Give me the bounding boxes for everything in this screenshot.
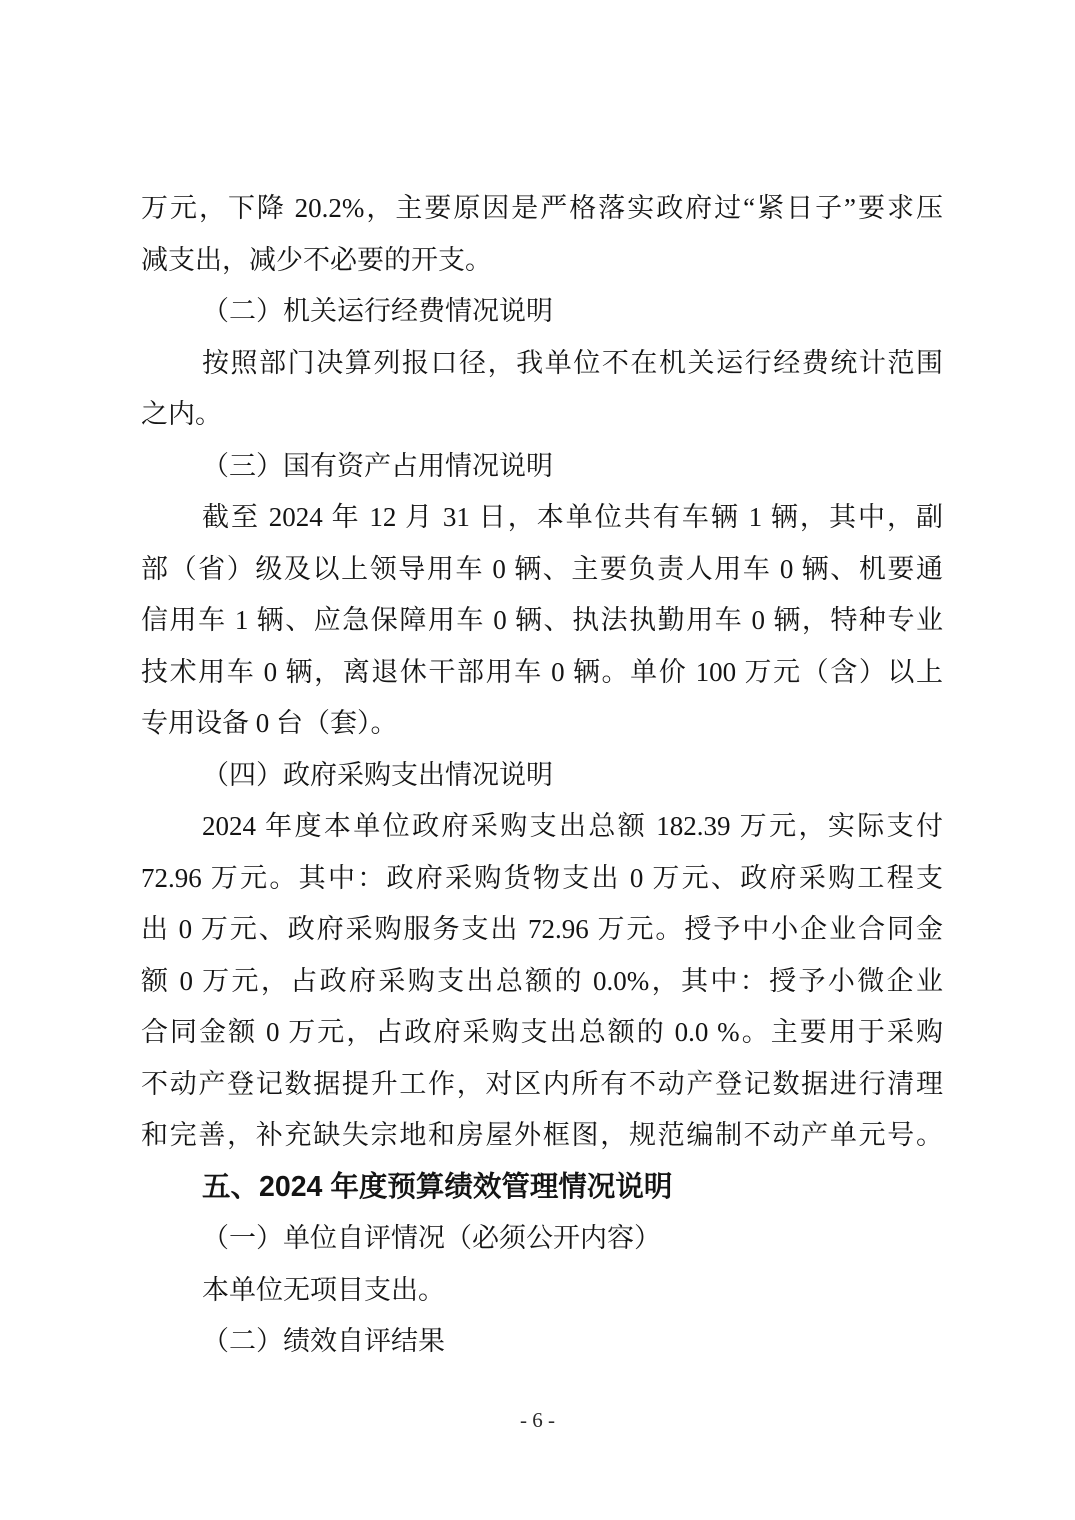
text-line: 额 0 万元，占政府采购支出总额的 0.0%，其中：授予小微企业 [141,956,943,1008]
text-line: （一）单位自评情况（必须公开内容） [141,1213,943,1265]
text-line: 五、2024 年度预算绩效管理情况说明 [141,1162,943,1214]
text-line: （二）绩效自评结果 [141,1316,943,1368]
text-line: 本单位无项目支出。 [141,1265,943,1317]
document-page: 万元，下降 20.2%，主要原因是严格落实政府过“紧日子”要求压减支出，减少不必… [0,0,1075,1520]
text-block: 万元，下降 20.2%，主要原因是严格落实政府过“紧日子”要求压减支出，减少不必… [141,183,943,1368]
text-line: 技术用车 0 辆，离退休干部用车 0 辆。单价 100 万元（含）以上 [141,647,943,699]
text-line: 截至 2024 年 12 月 31 日，本单位共有车辆 1 辆，其中，副 [141,492,943,544]
text-line: 按照部门决算列报口径，我单位不在机关运行经费统计范围 [141,338,943,390]
text-line: 出 0 万元、政府采购服务支出 72.96 万元。授予中小企业合同金 [141,904,943,956]
text-line: 减支出，减少不必要的开支。 [141,235,943,287]
text-line: 信用车 1 辆、应急保障用车 0 辆、执法执勤用车 0 辆，特种专业 [141,595,943,647]
text-line: 之内。 [141,389,943,441]
text-line: （三）国有资产占用情况说明 [141,441,943,493]
text-line: 专用设备 0 台（套）。 [141,698,943,750]
page-number: - 6 - [0,1406,1075,1434]
text-line: 部（省）级及以上领导用车 0 辆、主要负责人用车 0 辆、机要通 [141,544,943,596]
text-line: 72.96 万元。其中：政府采购货物支出 0 万元、政府采购工程支 [141,853,943,905]
text-line: 合同金额 0 万元，占政府采购支出总额的 0.0 %。主要用于采购 [141,1007,943,1059]
text-line: 万元，下降 20.2%，主要原因是严格落实政府过“紧日子”要求压 [141,183,943,235]
text-line: 和完善，补充缺失宗地和房屋外框图，规范编制不动产单元号。 [141,1110,943,1162]
text-line: （二）机关运行经费情况说明 [141,286,943,338]
text-line: 不动产登记数据提升工作，对区内所有不动产登记数据进行清理 [141,1059,943,1111]
text-line: 2024 年度本单位政府采购支出总额 182.39 万元，实际支付 [141,801,943,853]
text-line: （四）政府采购支出情况说明 [141,750,943,802]
